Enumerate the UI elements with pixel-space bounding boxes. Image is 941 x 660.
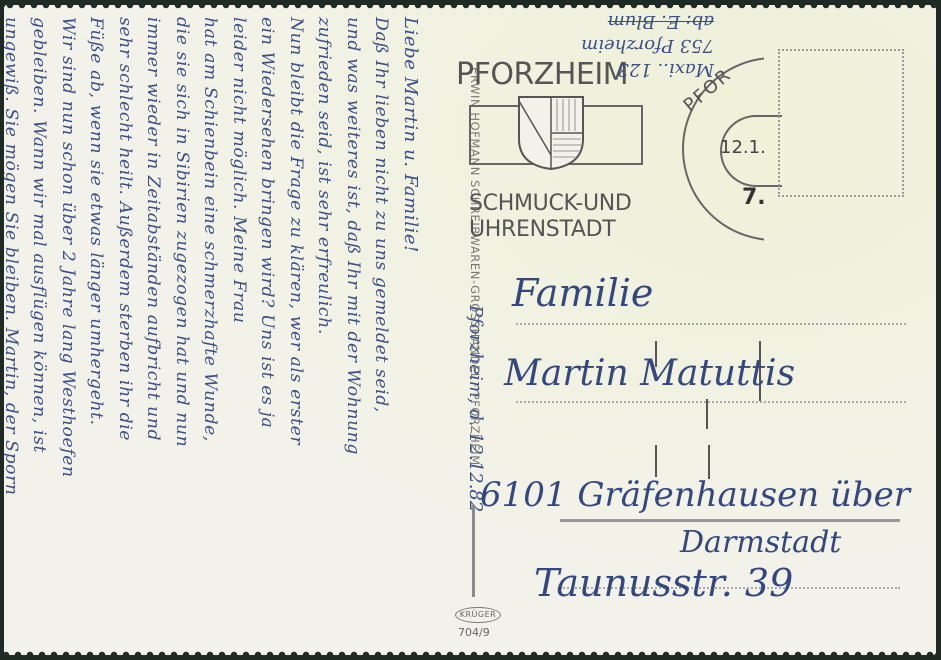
message-line: ungewiß. Sie mögen Sie bleiben. Martin, … bbox=[4, 17, 25, 655]
cancellation-slogan-1: SCHMUCK-UND bbox=[469, 191, 632, 216]
message-line: leider nicht möglich. Meine Frau bbox=[225, 17, 254, 655]
address-line-2: Martin Matuttis bbox=[504, 353, 795, 394]
postmark-code: 7. bbox=[742, 185, 766, 210]
postmark-date: 12.1. bbox=[720, 137, 766, 158]
cancellation-slogan-2: UHRENSTADT bbox=[469, 217, 615, 242]
tick-mark bbox=[655, 445, 657, 477]
message-line: Füße ab, wenn sie etwas länger umhergeht… bbox=[82, 17, 111, 655]
divider-rule bbox=[472, 505, 475, 597]
message-line: sehr schlecht heilt. Außerdem sterben ih… bbox=[111, 17, 140, 655]
message-line: Wir sind nun schon über 2 Jahre lang Wes… bbox=[54, 17, 83, 655]
sender-line: 753 Pforzheim bbox=[581, 33, 714, 57]
sender-line: ab: E. Blum bbox=[581, 9, 714, 33]
message-line: Liebe Martin u. Familie! bbox=[396, 17, 425, 655]
sender-note: Maxi.. 123 753 Pforzheim ab: E. Blum bbox=[581, 9, 714, 81]
card-number: 704/9 bbox=[458, 626, 490, 639]
message-line: Nun bleibt die Frage zu klären, wer als … bbox=[282, 17, 311, 655]
handwritten-message: Liebe Martin u. Familie! Daß Ihr lieben … bbox=[4, 17, 424, 655]
message-line: ein Wiedersehen bringen wird? Uns ist es… bbox=[253, 17, 282, 655]
address-rule bbox=[516, 401, 906, 403]
message-line: immer wieder in Zeitabständen aufbricht … bbox=[139, 17, 168, 655]
postcard-back: Liebe Martin u. Familie! Daß Ihr lieben … bbox=[4, 5, 936, 655]
tick-mark bbox=[706, 399, 708, 429]
address-line-1: Familie bbox=[512, 271, 653, 315]
address-line-4: Darmstadt bbox=[680, 525, 841, 560]
message-line: und was weiteres ist, daß Ihr mit der Wo… bbox=[339, 17, 368, 655]
sender-line: Maxi.. 123 bbox=[581, 57, 714, 81]
address-rule bbox=[516, 323, 906, 325]
stamp-placeholder bbox=[778, 49, 904, 197]
message-line: gebleiben. Wann wir mal ausflügen können… bbox=[25, 17, 54, 655]
message-line: hat am Schienbein eine schmerzhafte Wund… bbox=[196, 17, 225, 655]
coat-of-arms-icon bbox=[513, 95, 589, 171]
message-line: Daß Ihr lieben nicht zu uns gemeldet sei… bbox=[367, 17, 396, 655]
tick-mark bbox=[708, 445, 710, 479]
address-rule bbox=[560, 519, 900, 522]
publisher-logo: KRÜGER bbox=[455, 607, 501, 623]
address-line-5: Taunusstr. 39 bbox=[534, 561, 793, 605]
address-line-3: 6101 Gräfenhausen über bbox=[480, 475, 910, 515]
message-line: zufrieden seid, ist sehr erfreulich. bbox=[310, 17, 339, 655]
message-line: die sie sich in Sibirien zugezogen hat u… bbox=[168, 17, 197, 655]
